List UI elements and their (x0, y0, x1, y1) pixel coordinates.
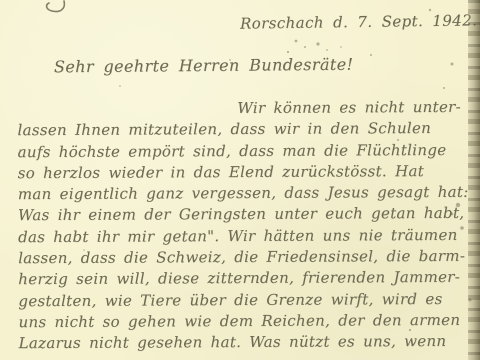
handwritten-line: Was ihr einem der Geringsten unter euch … (18, 203, 466, 227)
handwritten-line: gestalten, wie Tiere über die Grenze wir… (18, 288, 466, 312)
handwritten-line: Wir können es nicht unter- (17, 97, 465, 121)
handwritten-line: uns nicht so gehen wie dem Reichen, der … (18, 310, 466, 334)
scanned-letter-page: Rorschach d. 7. Sept. 1942. Sehr geehrte… (0, 0, 480, 360)
letter-salutation: Sehr geehrte Herren Bundesräte! (54, 55, 354, 77)
handwritten-line: so herzlos wieder in das Elend zurückstö… (18, 161, 466, 185)
handwritten-line: das habt ihr mir getan". Wir hätten uns … (18, 225, 466, 249)
handwritten-line: aufs höchste empört sind, dass man die F… (18, 139, 466, 163)
handwritten-line: Lazarus nicht gesehen hat. Was nützt es … (19, 331, 467, 355)
handwritten-line: lassen Ihnen mitzuteilen, dass wir in de… (17, 118, 465, 142)
paper-edge-shadow (468, 0, 480, 360)
handwritten-line: herzig sein will, diese zitternden, frie… (18, 267, 466, 291)
letter-body: Wir können es nicht unter- lassen Ihnen … (17, 97, 466, 355)
handwritten-line: man eigentlich ganz vergessen, dass Jesu… (18, 182, 466, 206)
pen-flourish-stroke (30, 0, 90, 18)
handwritten-line: lassen, dass die Schweiz, die Friedensin… (18, 246, 466, 270)
letter-dateline: Rorschach d. 7. Sept. 1942. (240, 11, 478, 32)
